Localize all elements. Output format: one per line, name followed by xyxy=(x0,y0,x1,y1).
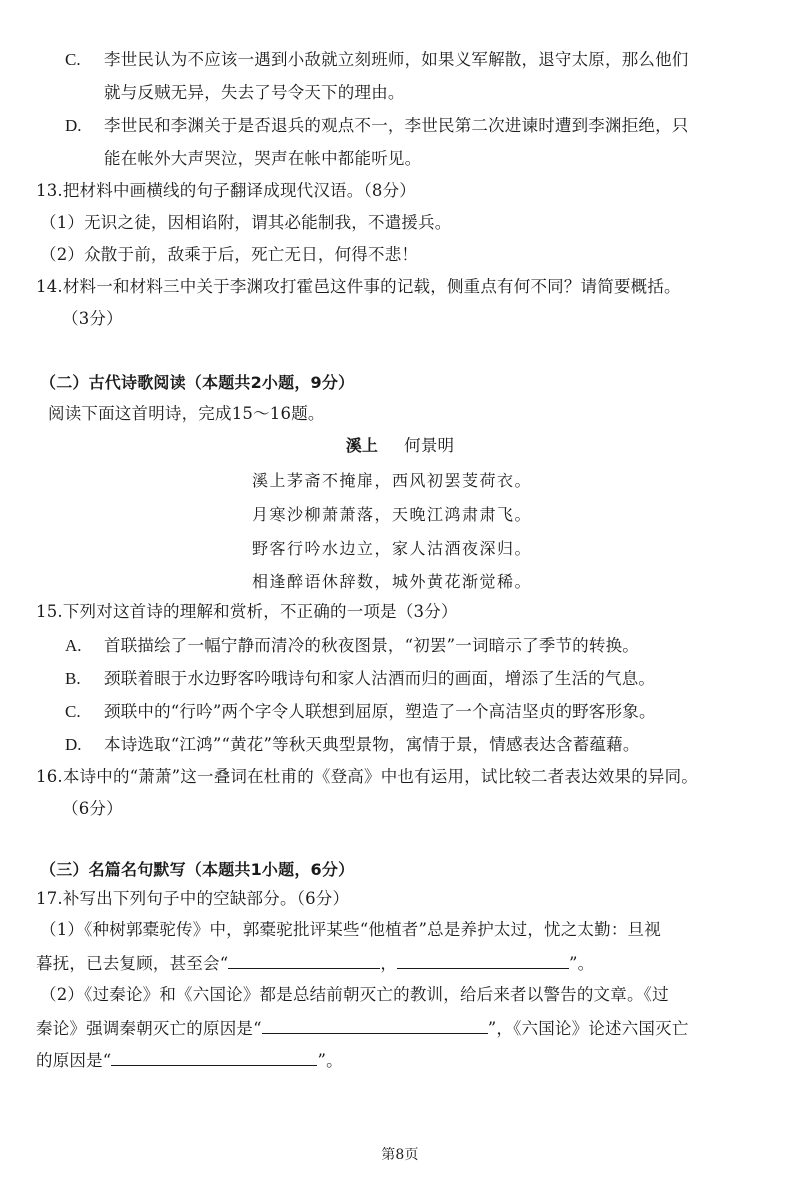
translation-item: （1）无识之徒，因相谄附，谓其必能制我，不遣援兵。 xyxy=(40,213,452,233)
option-text: 首联描绘了一幅宁静而清冷的秋夜图景，“初罢”一词暗示了季节的转换。 xyxy=(104,636,639,656)
fill-item-1-text: （1）《种树郭橐驼传》中，郭橐驼批评某些“他植者”总是养护太过，忧之太勤：旦视 xyxy=(40,920,661,940)
fill-suffix: ”，《六国论》论述六国灭亡 xyxy=(488,1019,689,1038)
question-score: （6分） xyxy=(62,799,123,819)
fill-suffix: ”。 xyxy=(317,1051,342,1070)
section-3-heading: （三）名篇名句默写（本题共1小题，6分） xyxy=(40,860,354,880)
fill-separator: ， xyxy=(380,954,397,973)
option-label: A. xyxy=(65,636,82,656)
answer-blank-4[interactable] xyxy=(111,1049,317,1066)
option-text: 本诗选取“江鸿”“黄花”等秋天典型景物，寓情于景，情感表达含蓄蕴藉。 xyxy=(104,735,640,755)
poem-line: 溪上茅斋不掩扉，西风初罢芰荷衣。 xyxy=(252,471,532,491)
option-label: C. xyxy=(65,702,81,722)
poem-line: 野客行吟水边立，家人沽酒夜深归。 xyxy=(252,539,532,559)
option-text: 李世民认为不应该一遇到小敌就立刻班师，如果义军解散，退守太原，那么他们 xyxy=(104,50,689,70)
question-stem: 17.补写出下列句子中的空缺部分。（6分） xyxy=(36,889,349,909)
answer-blank-2[interactable] xyxy=(397,952,569,969)
question-score: （3分） xyxy=(62,309,123,329)
question-stem: 16.本诗中的“萧萧”这一叠词在杜甫的《登高》中也有运用，试比较二者表达效果的异… xyxy=(36,767,698,787)
option-label: D. xyxy=(65,116,82,136)
translation-item: （2）众散于前，敌乘于后，死亡无日，何得不悲！ xyxy=(40,245,418,265)
question-stem: 15.下列对这首诗的理解和赏析，不正确的一项是（3分） xyxy=(36,602,458,622)
poem-line: 相逢醉语休辞数，城外黄花渐觉稀。 xyxy=(252,572,532,592)
fill-prefix: 暮抚，已去复顾，甚至会“ xyxy=(36,954,228,973)
option-label: B. xyxy=(65,669,81,689)
page-number: 第8页 xyxy=(0,1145,800,1165)
question-stem: 14.材料一和材料三中关于李渊攻打霍邑这件事的记载，侧重点有何不同？请简要概括。 xyxy=(36,277,681,297)
fill-suffix: ”。 xyxy=(569,954,594,973)
fill-item-2-text: （2）《过秦论》和《六国论》都是总结前朝灭亡的教训，给后来者以警告的文章。《过 xyxy=(40,985,669,1005)
poem-line: 月寒沙柳萧萧落，天晚江鸿肃肃飞。 xyxy=(252,505,532,525)
fill-prefix: 秦论》强调秦朝灭亡的原因是“ xyxy=(36,1019,262,1038)
poem-title: 溪上 xyxy=(346,436,378,455)
section-intro: 阅读下面这首明诗，完成15～16题。 xyxy=(48,404,325,424)
option-label: D. xyxy=(65,735,82,755)
fill-item-1-answer-line: 暮抚，已去复顾，甚至会“，”。 xyxy=(36,952,594,974)
option-text: 能在帐外大声哭泣，哭声在帐中都能听见。 xyxy=(104,149,421,169)
option-text: 颈联着眼于水边野客吟哦诗句和家人沽酒而归的画面，增添了生活的气息。 xyxy=(104,669,655,689)
option-text: 颈联中的“行吟”两个字令人联想到屈原，塑造了一个高洁坚贞的野客形象。 xyxy=(104,702,656,722)
answer-blank-3[interactable] xyxy=(262,1017,488,1034)
section-heading: （二）古代诗歌阅读（本题共2小题，9分） xyxy=(40,373,354,393)
question-stem: 13.把材料中画横线的句子翻译成现代汉语。（8分） xyxy=(36,181,416,201)
option-text: 就与反贼无异，失去了号令天下的理由。 xyxy=(104,83,405,103)
option-text: 李世民和李渊关于是否退兵的观点不一，李世民第二次进谏时遭到李渊拒绝，只 xyxy=(104,116,689,136)
answer-blank-1[interactable] xyxy=(228,952,380,969)
fill-prefix: 的原因是“ xyxy=(36,1051,111,1070)
poem-title-line: 溪上何景明 xyxy=(0,436,800,456)
option-label: C. xyxy=(65,50,81,70)
poem-author: 何景明 xyxy=(404,436,454,455)
fill-item-2-answer-line: 秦论》强调秦朝灭亡的原因是“”，《六国论》论述六国灭亡 xyxy=(36,1017,689,1039)
fill-item-2-answer-line-2: 的原因是“”。 xyxy=(36,1049,343,1071)
